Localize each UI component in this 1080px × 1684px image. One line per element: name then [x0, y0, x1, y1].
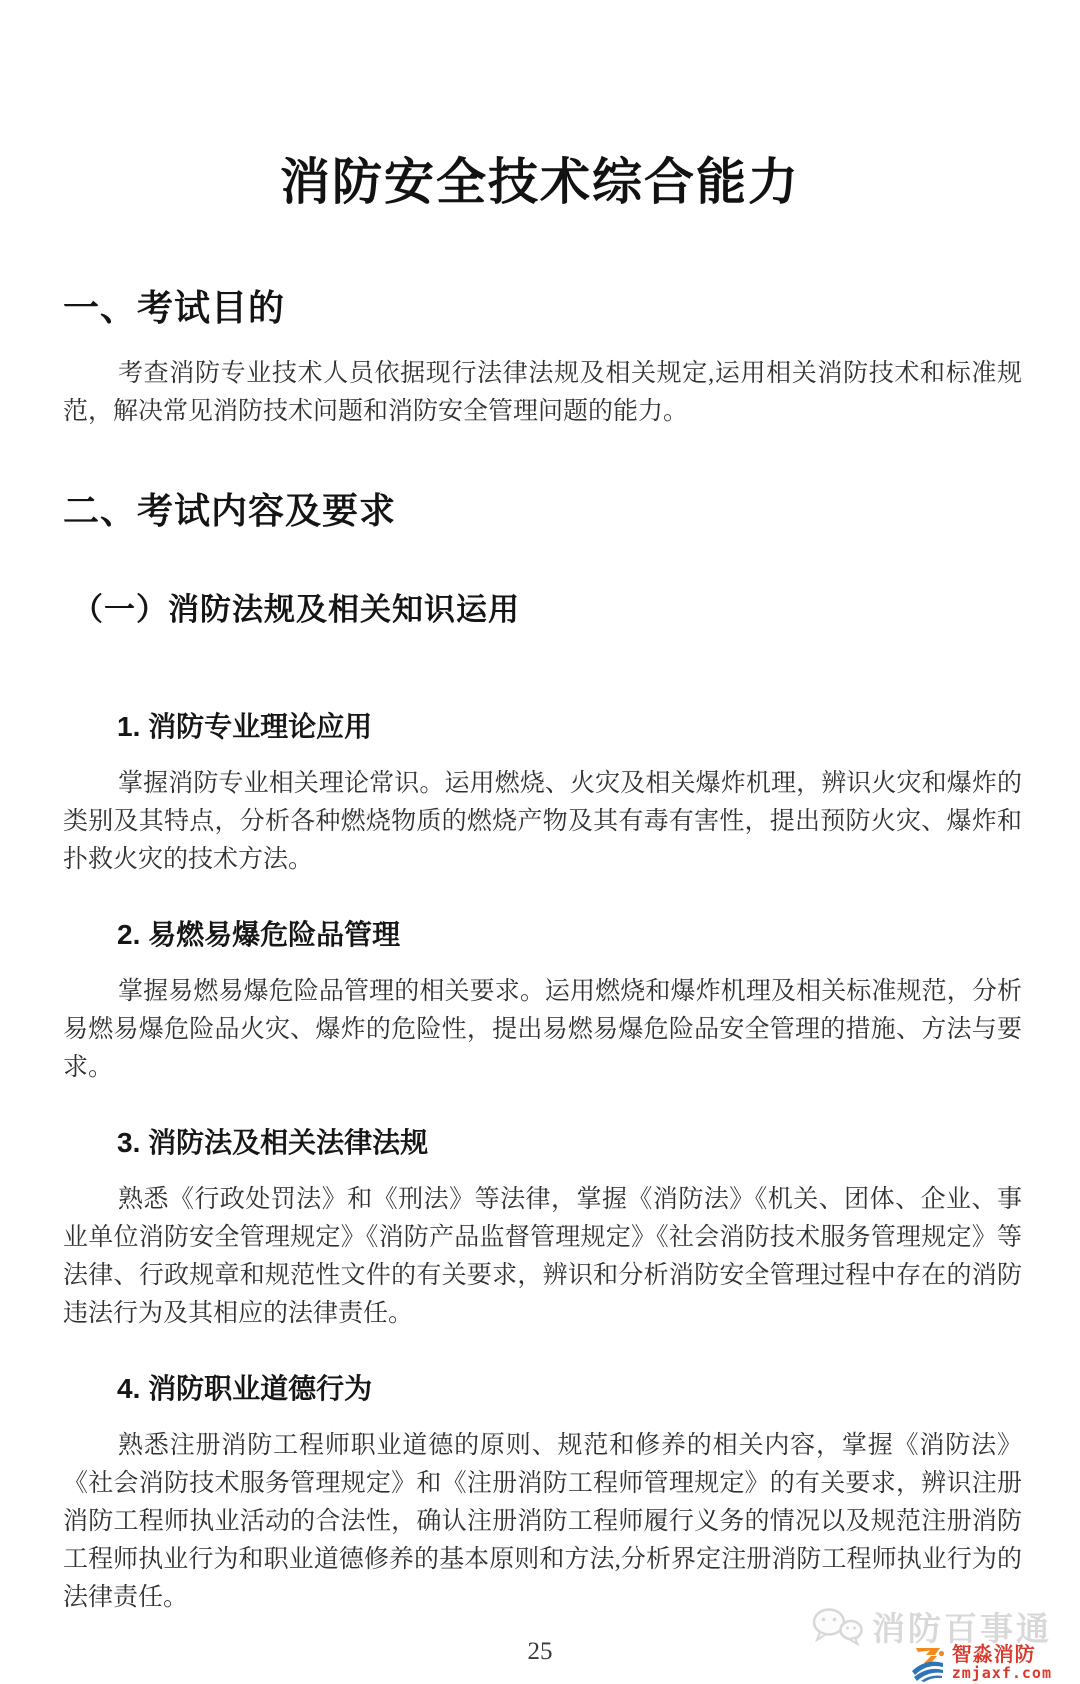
item-2-paragraph: 掌握易燃易爆危险品管理的相关要求。运用燃烧和爆炸机理及相关标准规范，分析易燃易爆…	[63, 973, 1022, 1087]
document-page: 消防安全技术综合能力 一、考试目的 考查消防专业技术人员依据现行法律法规及相关规…	[0, 0, 1080, 1684]
wechat-icon	[810, 1607, 864, 1647]
subsection-item-1: 1. 消防专业理论应用 掌握消防专业相关理论常识。运用燃烧、火灾及相关爆炸机理，…	[0, 705, 1080, 879]
item-4-heading: 4. 消防职业道德行为	[117, 1367, 1080, 1407]
item-3-heading: 3. 消防法及相关法律法规	[117, 1121, 1080, 1161]
item-2-heading: 2. 易燃易爆危险品管理	[117, 913, 1080, 953]
item-4-paragraph: 熟悉注册消防工程师职业道德的原则、规范和修养的相关内容，掌握《消防法》《社会消防…	[63, 1427, 1022, 1617]
subsection-item-3: 3. 消防法及相关法律法规 熟悉《行政处罚法》和《刑法》等法律，掌握《消防法》《…	[0, 1121, 1080, 1333]
watermark-brand-text: 消防百事通	[872, 1603, 1052, 1650]
subsection-item-4: 4. 消防职业道德行为 熟悉注册消防工程师职业道德的原则、规范和修养的相关内容，…	[0, 1367, 1080, 1617]
item-1-heading: 1. 消防专业理论应用	[117, 705, 1080, 745]
brand-text-column: 智淼消防 zmjaxf.com	[952, 1645, 1052, 1682]
brand-name-text: 智淼消防	[952, 1645, 1052, 1666]
section-2-heading: 二、考试内容及要求	[0, 483, 1080, 534]
item-3-paragraph: 熟悉《行政处罚法》和《刑法》等法律，掌握《消防法》《机关、团体、企业、事业单位消…	[63, 1181, 1022, 1333]
zhimiao-logo-icon	[909, 1644, 947, 1682]
document-title: 消防安全技术综合能力	[0, 0, 1080, 214]
subsection-item-2: 2. 易燃易爆危险品管理 掌握易燃易爆危险品管理的相关要求。运用燃烧和爆炸机理及…	[0, 913, 1080, 1087]
watermark: 消防百事通	[810, 1603, 1052, 1650]
brand-logo-block: 智淼消防 zmjaxf.com	[909, 1644, 1052, 1682]
section-1-paragraph: 考查消防专业技术人员依据现行法律法规及相关规定,运用相关消防技术和标准规范，解决…	[63, 355, 1022, 431]
section-1-heading: 一、考试目的	[0, 280, 1080, 331]
subsection-1-heading: （一）消防法规及相关知识运用	[0, 584, 1080, 629]
item-1-paragraph: 掌握消防专业相关理论常识。运用燃烧、火灾及相关爆炸机理，辨识火灾和爆炸的类别及其…	[63, 765, 1022, 879]
brand-website-text: zmjaxf.com	[952, 1666, 1052, 1682]
